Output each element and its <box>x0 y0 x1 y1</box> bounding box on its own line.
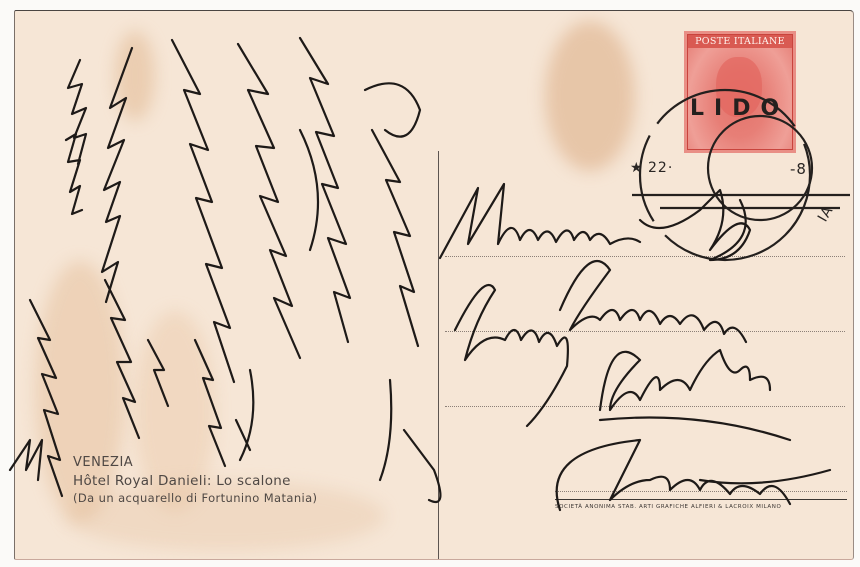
address-line-1 <box>445 256 845 257</box>
foxing-stain <box>545 21 635 171</box>
caption-city: VENEZIA <box>73 455 317 470</box>
stamp-portrait: POSTE ITALIANE <box>687 34 793 150</box>
foxing-stain <box>115 31 155 121</box>
caption-credit: (Da un acquarello di Fortunino Matania) <box>73 491 317 505</box>
address-line-4 <box>555 491 847 492</box>
address-line-3 <box>445 406 845 407</box>
postcard-back: SOCIETÀ ANONIMA STAB. ARTI GRAFICHE ALFI… <box>14 10 854 560</box>
printed-caption: VENEZIA Hôtel Royal Danieli: Lo scalone … <box>73 455 317 505</box>
postage-stamp: POSTE ITALIANE <box>684 31 796 153</box>
printer-imprint: SOCIETÀ ANONIMA STAB. ARTI GRAFICHE ALFI… <box>555 504 781 510</box>
center-divider-line <box>438 151 439 560</box>
caption-title: Hôtel Royal Danieli: Lo scalone <box>73 473 317 489</box>
postmark-star: ★ <box>630 160 644 176</box>
address-baseline <box>555 499 847 500</box>
postmark-date: 22· <box>648 160 673 176</box>
postmark-time: -8 <box>790 160 807 178</box>
postmark-town: LIDO <box>690 96 789 121</box>
stamp-label: POSTE ITALIANE <box>688 35 792 48</box>
address-line-2 <box>445 331 845 332</box>
